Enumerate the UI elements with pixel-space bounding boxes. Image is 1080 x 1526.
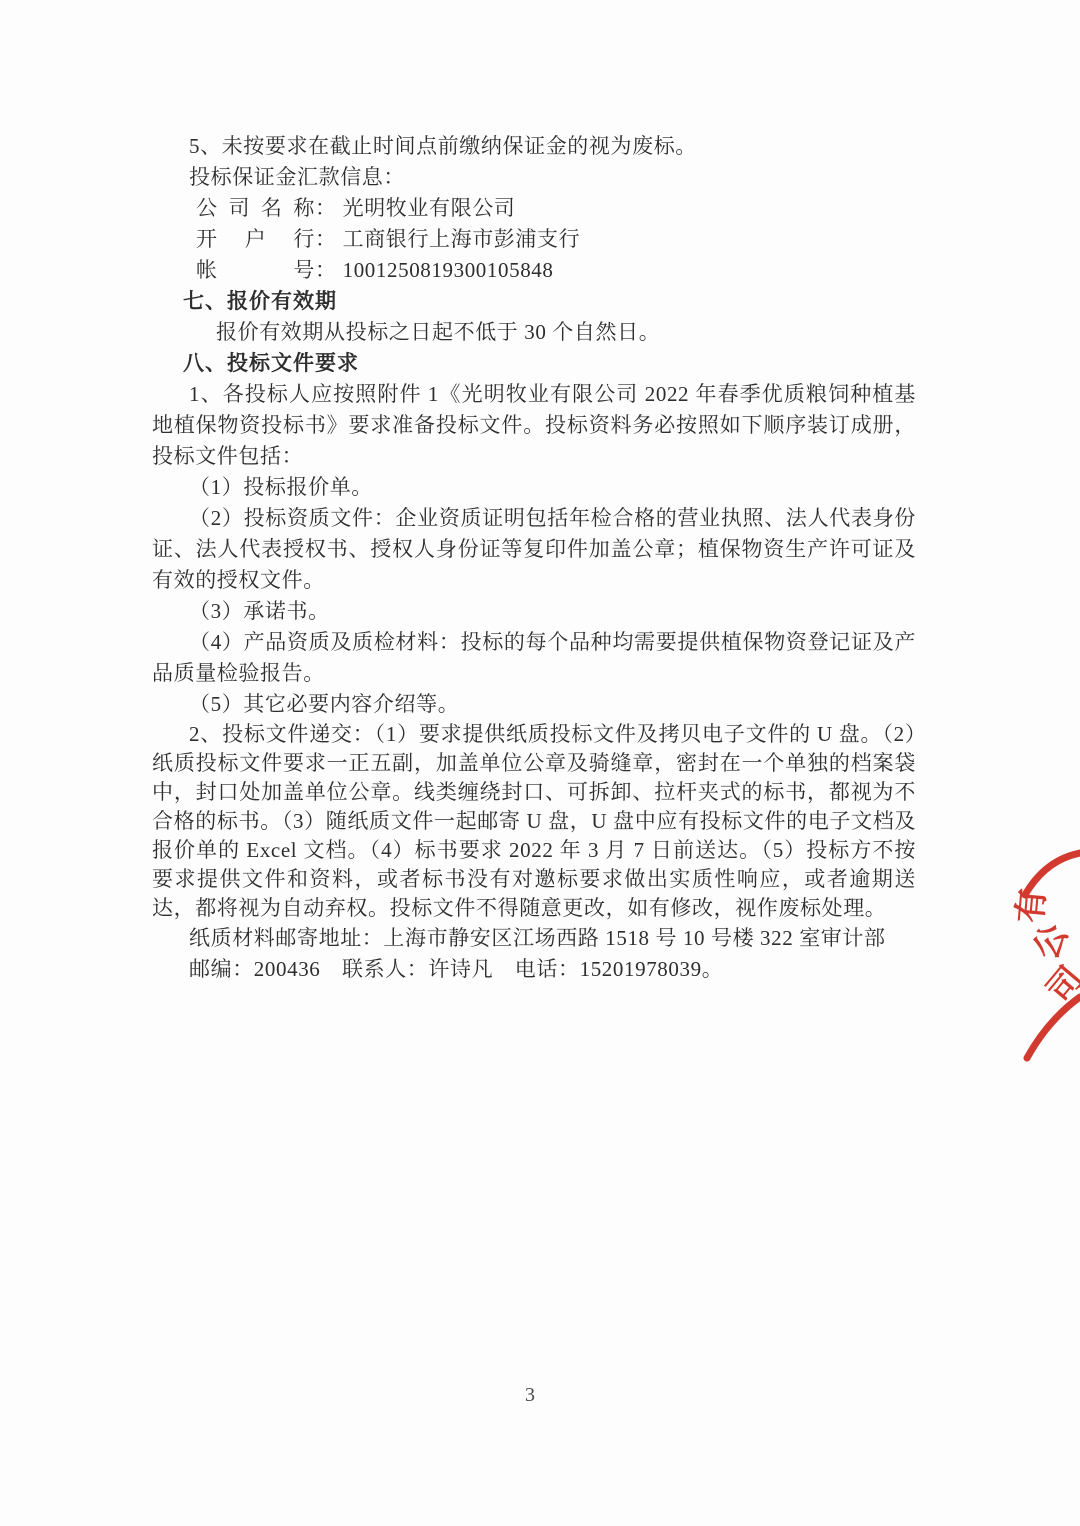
bank-row-account: 帐 号：1001250819300105848	[152, 255, 916, 286]
bank-row-branch: 开 户 行：工商银行上海市彭浦支行	[152, 224, 916, 255]
bid-doc-item-1: （1）投标报价单。	[152, 472, 916, 503]
page-number: 3	[0, 1384, 1060, 1407]
bid-doc-item-2: （2）投标资质文件：企业资质证明包括年检合格的营业执照、法人代表身份证、法人代表…	[152, 503, 916, 596]
section-7-heading: 七、报价有效期	[152, 286, 916, 317]
bank-branch-label: 开 户 行	[196, 224, 315, 255]
bank-account-colon: ：	[315, 255, 337, 286]
seal-char-3: 司	[1040, 960, 1080, 1010]
bank-company-value: 光明牧业有限公司	[343, 193, 516, 224]
section-8-paragraph-1: 1、各投标人应按照附件 1《光明牧业有限公司 2022 年春季优质粮饲种植基地植…	[152, 379, 916, 472]
clause-5-line: 5、未按要求在截止时间点前缴纳保证金的视为废标。	[152, 131, 916, 162]
bank-branch-value: 工商银行上海市彭浦支行	[343, 224, 581, 255]
bank-account-value: 1001250819300105848	[343, 255, 554, 286]
bank-row-company: 公 司 名 称：光明牧业有限公司	[152, 193, 916, 224]
bid-doc-item-4: （4）产品资质及质检材料：投标的每个品种均需要提供植保物资登记证及产品质量检验报…	[152, 627, 916, 689]
bank-company-colon: ：	[315, 193, 337, 224]
bank-account-label: 帐 号	[196, 255, 315, 286]
seal-char-1: 有	[1011, 887, 1052, 924]
document-page: 5、未按要求在截止时间点前缴纳保证金的视为废标。 投标保证金汇款信息： 公 司 …	[0, 0, 1080, 1526]
seal-char-2: 公	[1028, 919, 1076, 965]
section-8-heading: 八、投标文件要求	[152, 348, 916, 379]
bid-doc-item-5: （5）其它必要内容介绍等。	[152, 689, 916, 720]
seal-arc-top	[1025, 853, 1080, 895]
bid-doc-item-3: （3）承诺书。	[152, 596, 916, 627]
remit-info-title: 投标保证金汇款信息：	[152, 162, 916, 193]
section-7-body: 报价有效期从投标之日起不低于 30 个自然日。	[152, 317, 916, 348]
company-seal-stamp: 有 公 司	[990, 845, 1080, 1135]
section-8-paragraph-2: 2、投标文件递交：（1）要求提供纸质投标文件及拷贝电子文件的 U 盘。（2）纸质…	[152, 720, 916, 923]
bank-branch-colon: ：	[315, 224, 337, 255]
bank-company-label: 公 司 名 称	[196, 193, 315, 224]
mailing-address-line: 纸质材料邮寄地址：上海市静安区江场西路 1518 号 10 号楼 322 室审计…	[152, 923, 916, 954]
document-body: 5、未按要求在截止时间点前缴纳保证金的视为废标。 投标保证金汇款信息： 公 司 …	[152, 131, 916, 985]
contact-line: 邮编：200436 联系人：许诗凡 电话：15201978039。	[152, 954, 916, 985]
